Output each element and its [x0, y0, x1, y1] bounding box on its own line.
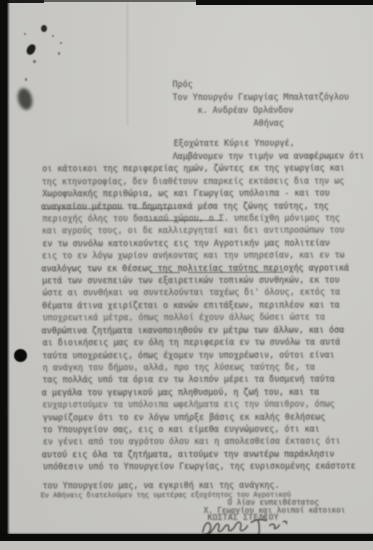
body-line: το Υπουργείον σας, εις ο και είμεθα ευγν…: [42, 422, 368, 435]
body-line: γνωρίζομεν ότι το εν λόγω υπήρξε βάσις ε…: [43, 410, 369, 423]
scan-bottom-bar: [0, 534, 373, 541]
recipient-to: Πρός: [172, 78, 192, 90]
body-line: η ανάγκη του δήμου, αλλά, προ της λύσεως…: [43, 360, 369, 373]
scan-bottom-strip: [0, 541, 373, 550]
body-line: τας πολλάς υπό τα όρια εν τω λοιπόν μέρε…: [42, 373, 368, 386]
recipient-city: Αθήνας: [254, 117, 284, 129]
body-line: υπόθεσιν υπό το Υπουργείον Γεωργίας, της…: [43, 460, 369, 473]
ink-speck: [58, 52, 60, 55]
letter-text-layer: Πρός Τον Υπουργόν Γεωργίας Μπαλτατζόγλου…: [0, 0, 373, 550]
underline-mark: [42, 208, 124, 209]
body-line: εις το εν λόγω χωρίον ανήκοντας και την …: [42, 249, 368, 262]
body-line: εν τω συνόλω κατοικούντες εις την Αγροτι…: [42, 236, 368, 249]
body-line: εν γένει από του αγρότου όλου και η απολ…: [43, 435, 369, 448]
body-line: Λαμβάνομεν την τιμήν να αναφέρωμεν ότι: [42, 150, 368, 163]
closing-line: του Υπουργείου μας, να εγκριθή και της α…: [43, 480, 280, 491]
body-line: ώστε αι συνθήκαι να συντελούνται ταχέως …: [43, 286, 369, 299]
body-line: οι κάτοικοι της περιφερείας ημών, ζώντες…: [42, 162, 368, 175]
recipient-line1: Τον Υπουργόν Γεωργίας Μπαλτατζόγλου: [173, 91, 350, 103]
body-line: της κτηνοτροφίας, δεν διαθέτουν επαρκείς…: [42, 174, 368, 187]
ink-speck: [52, 35, 54, 37]
scan-top-bar: [196, 0, 373, 5]
ink-speck: [25, 78, 27, 81]
underline-mark: [150, 272, 180, 273]
body-line: θέματα άτινα χειρίζεται ο κανών επιτάξεω…: [42, 298, 368, 311]
recipient-line2: κ. Ανδρέαν Ορλάνδον: [198, 104, 294, 116]
ink-blot: [41, 25, 47, 32]
punch-hole: [14, 349, 27, 362]
body-line: αυτού εις όλα τα ζητήματα, αιτούμεν την …: [42, 447, 368, 460]
body-line: και αγρούς τους, οι δε καλλιεργηταί και …: [42, 224, 368, 237]
ink-speck: [33, 60, 36, 63]
body-line: ταύτα υποχρεώσεις, όπως έχομεν την υποχρ…: [42, 348, 368, 361]
body-line: περιοχής όλης του δασικού χώρου, ο Σ. υπ…: [42, 212, 368, 225]
ink-speck: [24, 33, 26, 35]
letter-body: Λαμβάνομεν την τιμήν να αναφέρωμεν ότιοι…: [42, 150, 369, 473]
scanned-letter-page: Πρός Τον Υπουργόν Γεωργίας Μπαλτατζόγλου…: [0, 0, 373, 550]
body-line: Χωροφυλακής περιθώρια, ως και Γεωργίας υ…: [42, 187, 368, 200]
body-line: αι διοικήσεις μας εν όλη τη περιφερεία ε…: [43, 336, 369, 349]
salutation: Εξοχώτατε Κύριε Υπουργέ,: [174, 138, 295, 148]
body-line: ανθρώπινα ζητήματα ικανοποιηθούν εν μέτρ…: [42, 323, 368, 336]
body-line: ευχαριστούμεν τα υπόλοιπα ωφελήματα εις …: [42, 398, 368, 411]
underline-mark: [146, 220, 222, 221]
paper-fold-line: [127, 3, 128, 125]
scan-left-border: [0, 0, 10, 550]
ink-speck: [60, 42, 62, 44]
body-line: αναγκαίου μέτρου τα δημητριακά μέσα της …: [41, 199, 367, 212]
body-line: μετά των συνεπειών των εξαιρετικών τοπικ…: [42, 274, 368, 287]
underline-mark: [133, 208, 177, 209]
body-line: υποχρεωτικά μέτρα, όπως πολλοί έχουν άλλ…: [43, 311, 369, 324]
body-line: α μεγάλα του γεωργικού μας πληθυσμού, η …: [42, 385, 368, 398]
